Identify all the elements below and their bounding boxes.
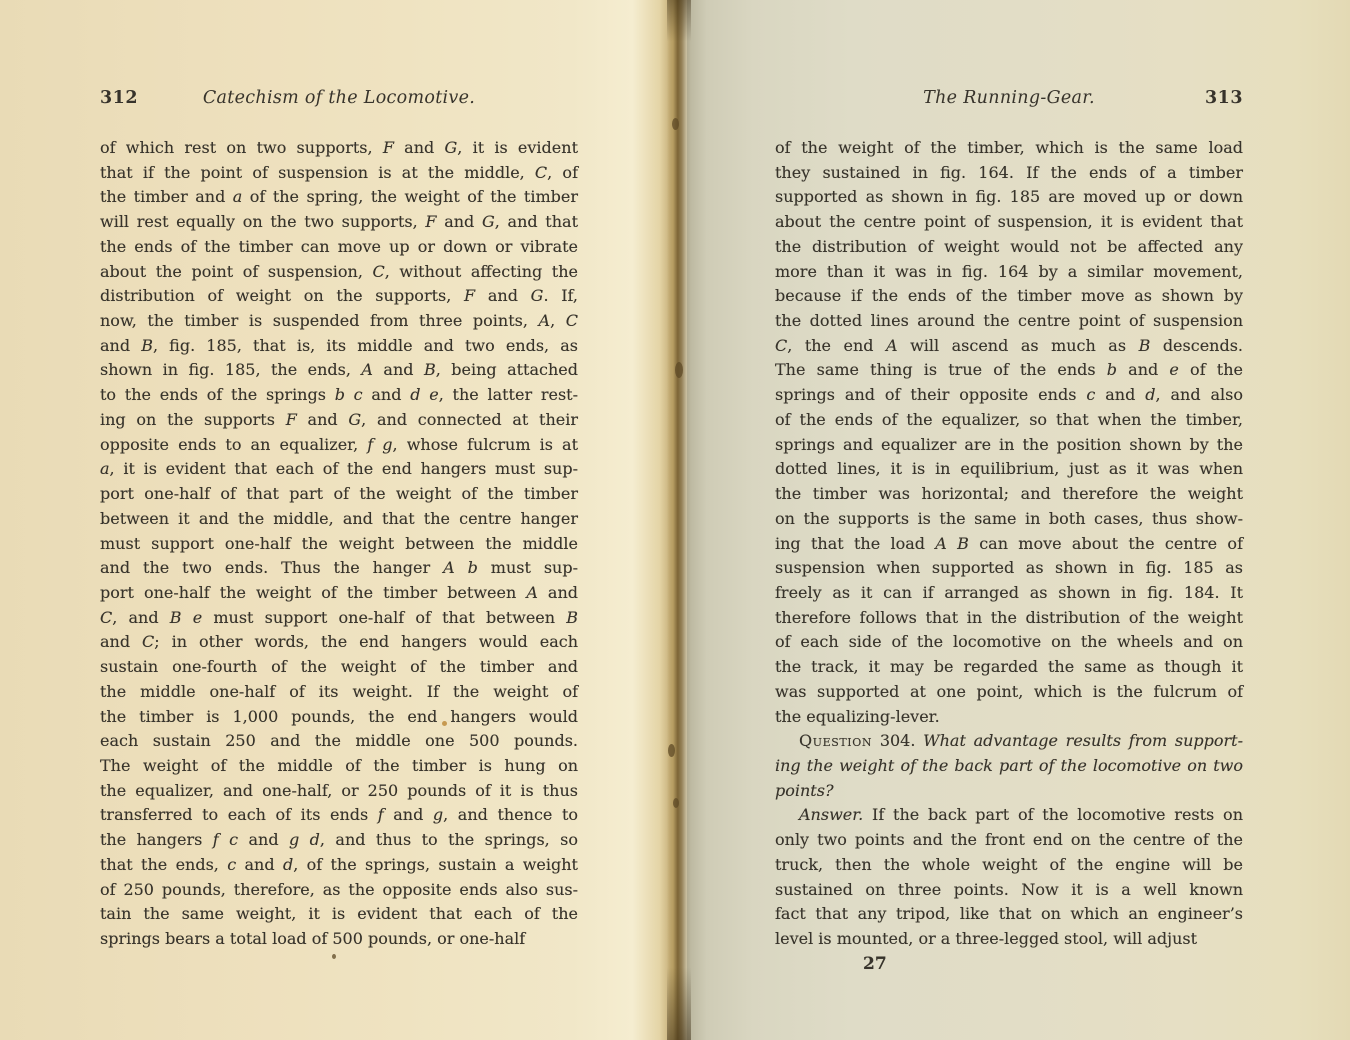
text-line: Answer. If the back part of the locomoti… [775, 803, 1243, 828]
text-line: must support one-half the weight between… [100, 532, 578, 557]
text-line: distribution of weight on the supports, … [100, 284, 578, 309]
text-line: the ends of the timber can move up or do… [100, 235, 578, 260]
text-line: that the ends, c and d, of the springs, … [100, 853, 578, 878]
text-line: the equalizer, and one-half, or 250 poun… [100, 779, 578, 804]
left-running-title: Catechism of the Locomotive. [203, 88, 475, 108]
text-line: suspension when supported as shown in fi… [775, 556, 1243, 581]
text-line: of each side of the locomotive on the wh… [775, 630, 1243, 655]
paper-speck [332, 954, 336, 959]
text-line: C, and B e must support one-half of that… [100, 606, 578, 631]
text-line: dotted lines, it is in equilibrium, just… [775, 457, 1243, 482]
right-running-title: The Running-Gear. [923, 88, 1095, 108]
right-page-number: 313 [1205, 88, 1243, 108]
signature-mark: 27 [863, 954, 887, 974]
text-line: springs and equalizer are in the positio… [775, 433, 1243, 458]
text-line: level is mounted, or a three-legged stoo… [775, 927, 1243, 952]
text-line: port one-half the weight of the timber b… [100, 581, 578, 606]
left-page-number: 312 [100, 88, 138, 108]
text-line: now, the timber is suspended from three … [100, 309, 578, 334]
text-line: tain the same weight, it is evident that… [100, 902, 578, 927]
text-line: ing the weight of the back part of the l… [775, 754, 1243, 779]
text-line: the distribution of weight would not be … [775, 235, 1243, 260]
text-line: the equalizing-lever. [775, 705, 1243, 730]
text-line: Question 304. What advantage results fro… [775, 729, 1243, 754]
text-line: sustain one-fourth of the weight of the … [100, 655, 578, 680]
text-line: ing that the load A B can move about the… [775, 532, 1243, 557]
text-line: points? [775, 779, 1243, 804]
paper-speck [675, 362, 683, 378]
text-line: opposite ends to an equalizer, f g, whos… [100, 433, 578, 458]
text-line: about the centre point of suspension, it… [775, 210, 1243, 235]
text-line: shown in fig. 185, the ends, A and B, be… [100, 358, 578, 383]
text-line: each sustain 250 and the middle one 500 … [100, 729, 578, 754]
text-line: The same thing is true of the ends b and… [775, 358, 1243, 383]
text-line: that if the point of suspension is at th… [100, 161, 578, 186]
left-page-body: of which rest on two supports, F and G, … [100, 136, 578, 952]
text-line: they sustained in fig. 164. If the ends … [775, 161, 1243, 186]
text-line: and the two ends. Thus the hanger A b mu… [100, 556, 578, 581]
text-line: port one-half of that part of the weight… [100, 482, 578, 507]
text-line: springs and of their opposite ends c and… [775, 383, 1243, 408]
paper-speck [673, 798, 679, 808]
paper-speck [672, 118, 679, 130]
text-line: because if the ends of the timber move a… [775, 284, 1243, 309]
text-line: will rest equally on the two supports, F… [100, 210, 578, 235]
text-line: the hangers f c and g d, and thus to the… [100, 828, 578, 853]
text-line: to the ends of the springs b c and d e, … [100, 383, 578, 408]
binding-gutter [667, 0, 691, 1040]
text-line: a, it is evident that each of the end ha… [100, 457, 578, 482]
text-line: and B, fig. 185, that is, its middle and… [100, 334, 578, 359]
text-line: of which rest on two supports, F and G, … [100, 136, 578, 161]
text-line: fact that any tripod, like that on which… [775, 902, 1243, 927]
text-line: of the ends of the equalizer, so that wh… [775, 408, 1243, 433]
text-line: of 250 pounds, therefore, as the opposit… [100, 878, 578, 903]
text-line: ing on the supports F and G, and connect… [100, 408, 578, 433]
left-page-header: 312 Catechism of the Locomotive. [100, 88, 578, 114]
text-line: the timber is 1,000 pounds, the end hang… [100, 705, 578, 730]
text-line: The weight of the middle of the timber i… [100, 754, 578, 779]
text-line: freely as it can if arranged as shown in… [775, 581, 1243, 606]
text-line: the track, it may be regarded the same a… [775, 655, 1243, 680]
text-line: the middle one-half of its weight. If th… [100, 680, 578, 705]
text-line: the timber and a of the spring, the weig… [100, 185, 578, 210]
text-line: the timber was horizontal; and therefore… [775, 482, 1243, 507]
text-line: truck, then the whole weight of the engi… [775, 853, 1243, 878]
text-line: of the weight of the timber, which is th… [775, 136, 1243, 161]
text-line: transferred to each of its ends f and g,… [100, 803, 578, 828]
text-line: supported as shown in fig. 185 are moved… [775, 185, 1243, 210]
text-line: about the point of suspension, C, withou… [100, 260, 578, 285]
text-line: sustained on three points. Now it is a w… [775, 878, 1243, 903]
text-line: therefore follows that in the distributi… [775, 606, 1243, 631]
text-line: and C; in other words, the end hangers w… [100, 630, 578, 655]
text-line: between it and the middle, and that the … [100, 507, 578, 532]
right-page-body: of the weight of the timber, which is th… [775, 136, 1243, 952]
text-line: only two points and the front end on the… [775, 828, 1243, 853]
right-page-header: The Running-Gear. 313 [775, 88, 1243, 114]
text-line: on the supports is the same in both case… [775, 507, 1243, 532]
book-spread: 312 Catechism of the Locomotive. The Run… [0, 0, 1350, 1040]
text-line: more than it was in fig. 164 by a simila… [775, 260, 1243, 285]
text-line: the dotted lines around the centre point… [775, 309, 1243, 334]
text-line: C, the end A will ascend as much as B de… [775, 334, 1243, 359]
text-line: was supported at one point, which is the… [775, 680, 1243, 705]
text-line: springs bears a total load of 500 pounds… [100, 927, 578, 952]
paper-speck [668, 744, 675, 757]
